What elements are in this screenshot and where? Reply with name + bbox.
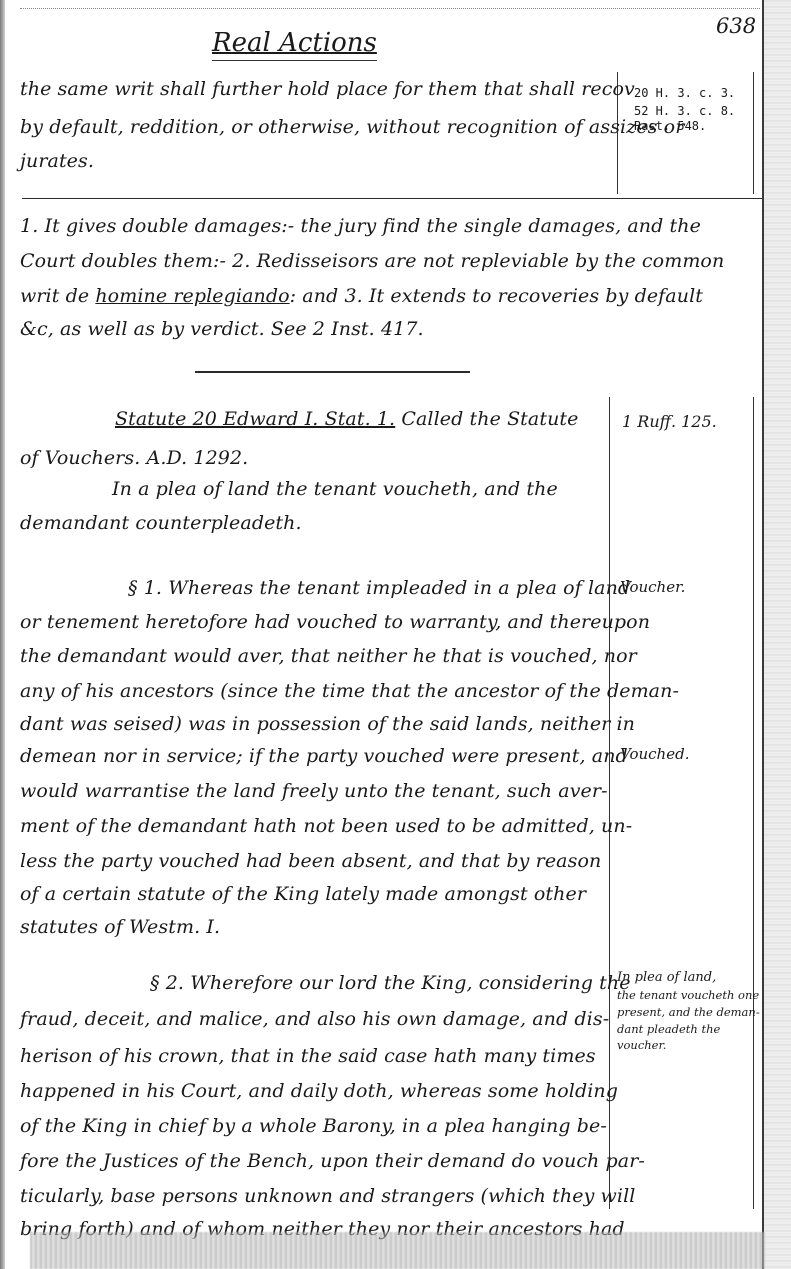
section2-line: &c, as well as by verdict. See 2 Inst. 4… (20, 318, 424, 340)
page-title: Real Actions (212, 28, 377, 61)
margin-note-plea-line: dant pleadeth the (617, 1022, 720, 1036)
margin-note-vouched: Vouched. (620, 745, 689, 763)
para1-line: or tenement heretofore had vouched to wa… (20, 611, 650, 633)
margin-rule-section1-right (753, 72, 754, 194)
para2-line: § 2. Wherefore our lord the King, consid… (150, 972, 631, 994)
margin-note-plea-line: the tenant voucheth one (617, 988, 759, 1002)
section2-line: writ de homine replegiando: and 3. It ex… (20, 285, 703, 307)
statute-heading-rest: Called the Statute (395, 408, 578, 430)
top-dotted-rule (20, 8, 760, 10)
scan-bottom-smudge (30, 1232, 765, 1269)
section-divider (22, 198, 762, 199)
underlined-phrase: homine replegiando (95, 285, 289, 307)
margin-note-plea-line: voucher. (617, 1038, 666, 1052)
margin-note-citation: Rast. 548. (634, 119, 706, 133)
section1-line: jurates. (20, 150, 94, 172)
para1-line: ment of the demandant hath not been used… (20, 815, 632, 837)
margin-note-voucher: Voucher. (620, 578, 685, 596)
scan-right-strip (764, 0, 791, 1269)
scan-left-edge (0, 0, 5, 1269)
para2-line: fore the Justices of the Bench, upon the… (20, 1150, 645, 1172)
statute-line: demandant counterpleadeth. (20, 512, 302, 534)
para2-line: herison of his crown, that in the said c… (20, 1045, 596, 1067)
margin-note-citation: 52 H. 3. c. 8. (634, 104, 735, 118)
section2-line: Court doubles them:- 2. Redisseisors are… (20, 250, 724, 272)
section1-line: by default, reddition, or otherwise, wit… (20, 116, 684, 138)
para1-line: statutes of Westm. I. (20, 916, 220, 938)
margin-note-citation: 20 H. 3. c. 3. (634, 86, 735, 100)
statute-heading: Statute 20 Edward I. Stat. 1. (115, 408, 395, 430)
margin-note-plea-line: In plea of land, (617, 970, 716, 985)
para2-line: happened in his Court, and daily doth, w… (20, 1080, 618, 1102)
para1-line: dant was seised) was in possession of th… (20, 713, 635, 735)
margin-rule-main-right (753, 397, 754, 1209)
para1-line: less the party vouched had been absent, … (20, 850, 601, 872)
margin-note-plea-line: present, and the deman- (617, 1005, 760, 1019)
para2-line: of the King in chief by a whole Barony, … (20, 1115, 607, 1137)
section2-line: 1. It gives double damages:- the jury fi… (20, 215, 701, 237)
section1-line: the same writ shall further hold place f… (20, 78, 635, 100)
para1-line: of a certain statute of the King lately … (20, 883, 586, 905)
margin-note-ruff: 1 Ruff. 125. (622, 412, 717, 431)
para1-line: § 1. Whereas the tenant impleaded in a p… (128, 577, 630, 599)
page-number: 638 (716, 14, 756, 38)
statute-line: of Vouchers. A.D. 1292. (20, 447, 248, 469)
para1-line: demean nor in service; if the party vouc… (20, 745, 628, 767)
para1-line: any of his ancestors (since the time tha… (20, 680, 679, 702)
para2-line: fraud, deceit, and malice, and also his … (20, 1008, 609, 1030)
statute-heading-line: Statute 20 Edward I. Stat. 1. Called the… (115, 408, 579, 430)
right-page-border (762, 0, 764, 1269)
para1-line: the demandant would aver, that neither h… (20, 645, 637, 667)
short-divider (195, 371, 470, 373)
statute-line: In a plea of land the tenant voucheth, a… (112, 478, 558, 500)
para2-line: ticularly, base persons unknown and stra… (20, 1185, 635, 1207)
para1-line: would warrantise the land freely unto th… (20, 780, 608, 802)
